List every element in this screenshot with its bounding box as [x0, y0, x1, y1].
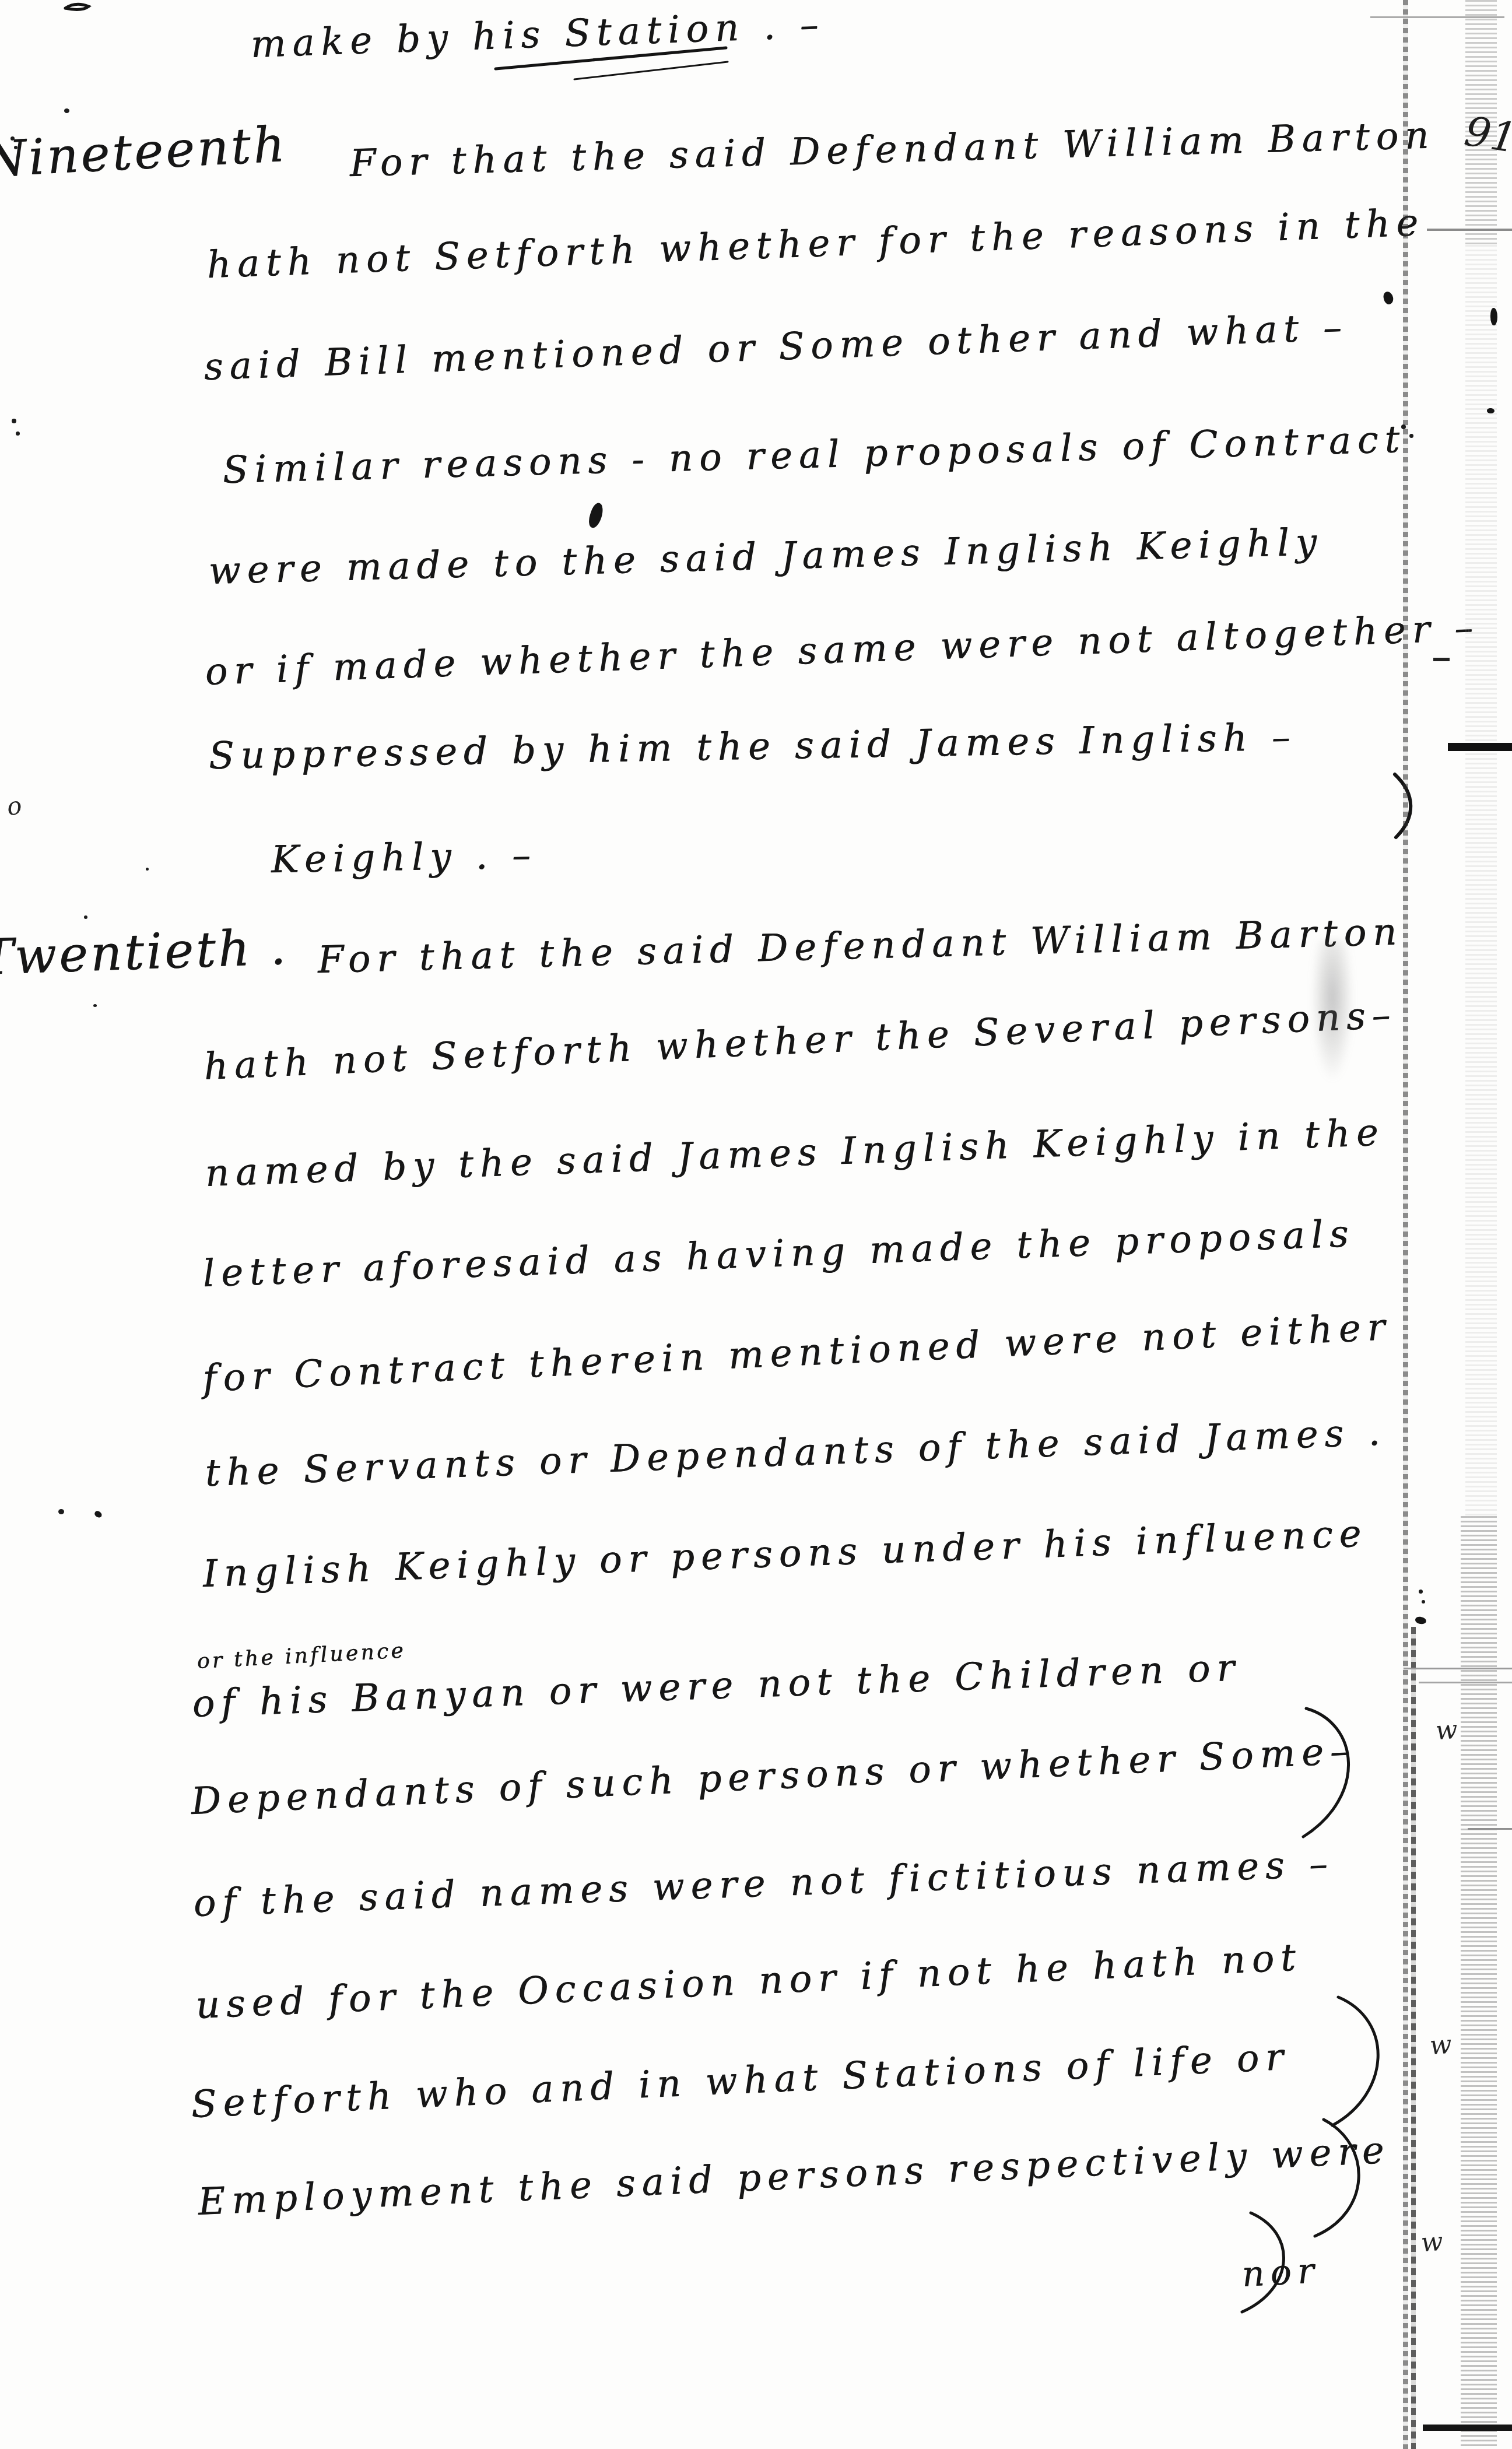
ink-speck [64, 108, 69, 113]
life-or-flourish [1315, 2120, 1359, 2236]
edge-hairline [1468, 1828, 1512, 1830]
binding-speckle-band-bottom [1461, 1516, 1497, 2449]
ink-speck [1409, 434, 1413, 438]
ink-speck [58, 1509, 64, 1514]
page-edge-rule [1403, 0, 1408, 2449]
hath-not-flourish [1332, 1997, 1378, 2125]
children-or-flourish [1303, 1708, 1349, 1837]
edge-dash-mark [1433, 658, 1450, 661]
ink-speck [16, 431, 20, 436]
binding-speckle-band-mid [1465, 245, 1497, 1516]
edge-hairline [1419, 1682, 1512, 1683]
ink-speck [93, 1004, 97, 1007]
top-edge-squiggle [65, 4, 89, 9]
ink-speck [1419, 1590, 1423, 1594]
manuscript-page: make by his Station . – Nineteenth For t… [0, 0, 1512, 2449]
edge-w-mark: w [1429, 2032, 1453, 2059]
edge-w-mark: w [1435, 1717, 1459, 1745]
ink-blot [1490, 308, 1497, 325]
ink-speck [146, 868, 149, 871]
ink-speck [84, 915, 87, 919]
ink-blot [1487, 408, 1495, 413]
station-cross-stroke-2 [574, 62, 728, 79]
edge-number-mark: 91 [1462, 110, 1512, 159]
edge-heavy-bar-bottom [1423, 2425, 1512, 2431]
were-tail-flourish [1242, 2213, 1283, 2312]
edge-heavy-bar [1448, 743, 1512, 751]
ink-speck [1401, 424, 1406, 429]
edge-hairline [1404, 1668, 1512, 1669]
ink-speck [14, 146, 17, 149]
edge-hairline [1370, 16, 1504, 18]
ink-speck [10, 136, 15, 141]
edge-w-mark: w [1420, 2229, 1444, 2257]
pencil-smudge [1311, 940, 1354, 1083]
ink-speck [1422, 1600, 1425, 1604]
ink-speck [12, 419, 16, 423]
pen-flourish-overlay [0, 0, 1512, 2449]
edge-hairline [1427, 229, 1512, 231]
page-edge-rule-dark [1411, 1627, 1416, 2449]
